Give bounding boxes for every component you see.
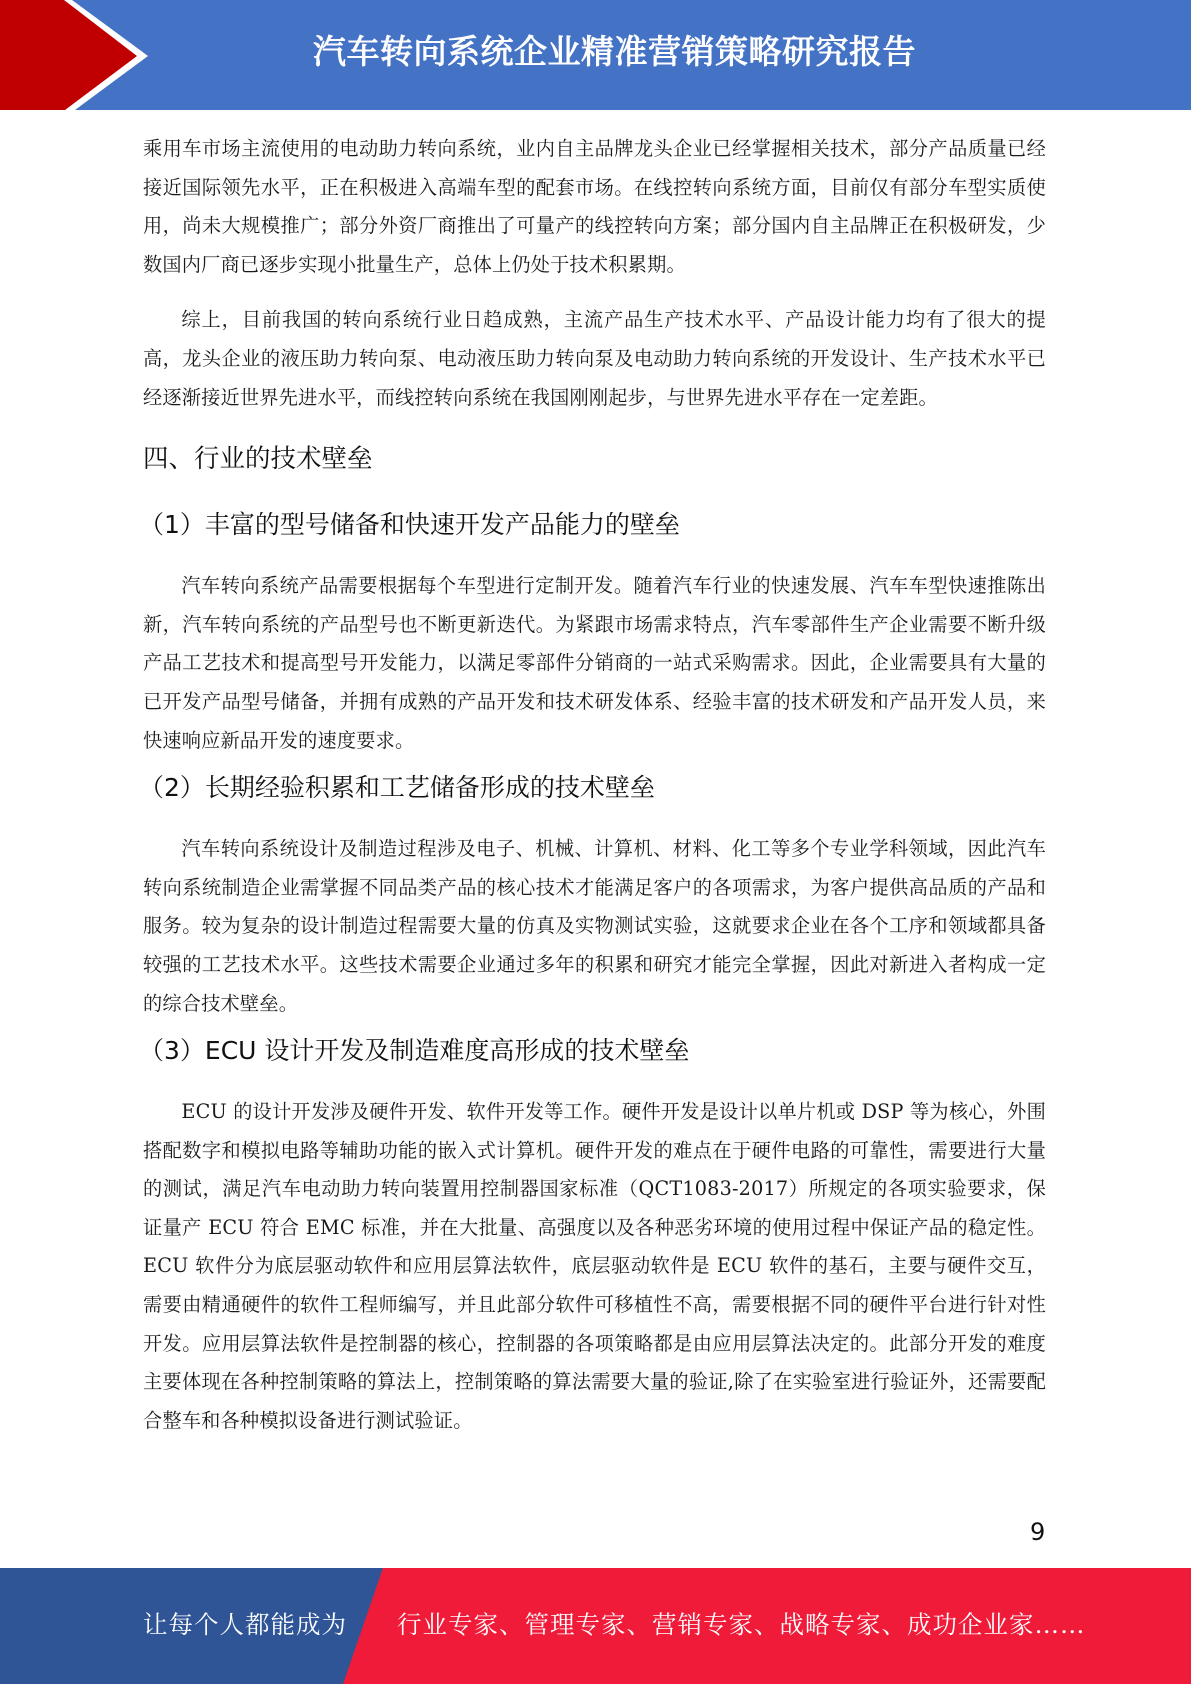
subsection-text-2: 汽车转向系统设计及制造过程涉及电子、机械、计算机、材料、化工等多个专业学科领域，… <box>143 830 1046 1023</box>
footer-slogan-right: 行业专家、管理专家、营销专家、战略专家、成功企业家…… <box>397 1605 1086 1645</box>
footer-slogan-left: 让每个人都能成为 <box>143 1605 347 1645</box>
subsection-heading-3: （3）ECU 设计开发及制造难度高形成的技术壁垒 <box>139 1031 1046 1071</box>
subsection-heading-2: （2）长期经验积累和工艺储备形成的技术壁垒 <box>139 768 1046 808</box>
report-title: 汽车转向系统企业精准营销策略研究报告 <box>0 28 1191 76</box>
page-footer: 让每个人都能成为 行业专家、管理专家、营销专家、战略专家、成功企业家…… <box>0 1568 1191 1684</box>
subsection-text-3: ECU 的设计开发涉及硬件开发、软件开发等工作。硬件开发是设计以单片机或 DSP… <box>143 1093 1046 1440</box>
section-heading: 四、行业的技术壁垒 <box>143 439 1046 479</box>
page-header: 汽车转向系统企业精准营销策略研究报告 <box>0 0 1191 110</box>
subsection-text-1: 汽车转向系统产品需要根据每个车型进行定制开发。随着汽车行业的快速发展、汽车车型快… <box>143 567 1046 760</box>
subsection-heading-1: （1）丰富的型号储备和快速开发产品能力的壁垒 <box>139 505 1046 545</box>
paragraph-intro-1: 乘用车市场主流使用的电动助力转向系统，业内自主品牌龙头企业已经掌握相关技术，部分… <box>143 130 1046 284</box>
paragraph-intro-2: 综上，目前我国的转向系统行业日趋成熟，主流产品生产技术水平、产品设计能力均有了很… <box>143 301 1046 417</box>
document-body: 乘用车市场主流使用的电动助力转向系统，业内自主品牌龙头企业已经掌握相关技术，部分… <box>143 130 1046 1440</box>
page-number: 9 <box>1030 1518 1045 1546</box>
